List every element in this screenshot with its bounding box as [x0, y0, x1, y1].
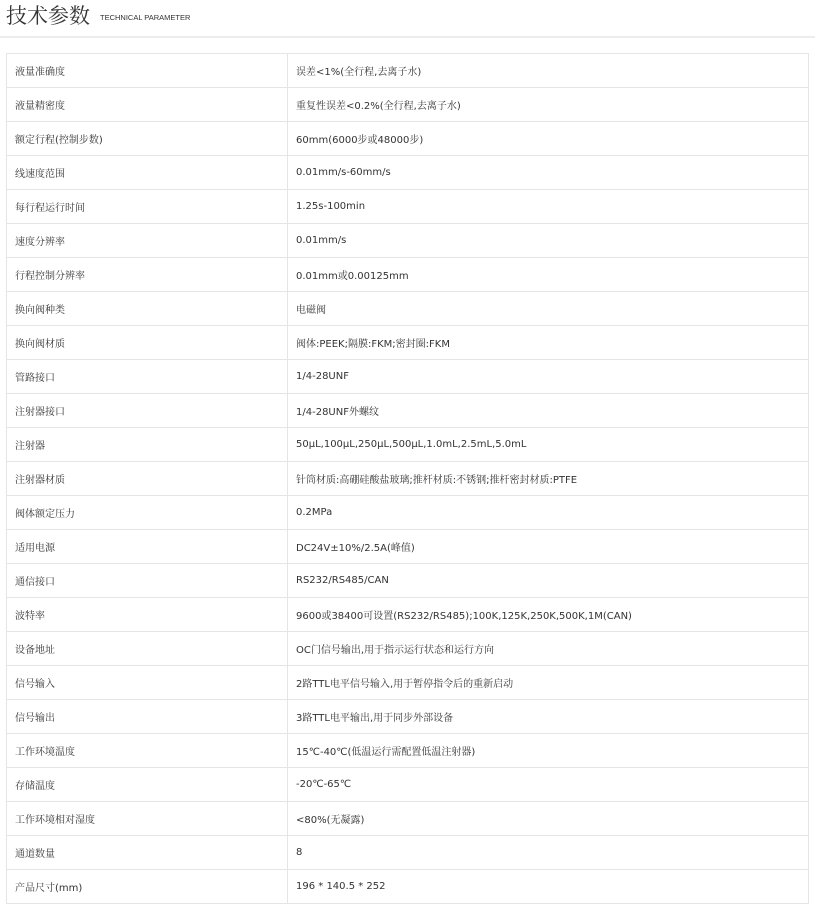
spec-label: 换向阀种类	[7, 292, 288, 326]
spec-label: 产品尺寸(mm)	[7, 870, 288, 904]
spec-label: 注射器	[7, 428, 288, 462]
table-row: 存储温度-20℃-65℃	[7, 768, 809, 802]
spec-label: 每行程运行时间	[7, 190, 288, 224]
spec-label: 液量精密度	[7, 88, 288, 122]
table-row: 行程控制分辨率0.01mm或0.00125mm	[7, 258, 809, 292]
spec-value: OC门信号输出,用于指示运行状态和运行方向	[288, 632, 809, 666]
spec-label: 管路接口	[7, 360, 288, 394]
spec-value: 针筒材质:高硼硅酸盐玻璃;推杆材质:不锈钢;推杆密封材质:PTFE	[288, 462, 809, 496]
spec-value: 0.2MPa	[288, 496, 809, 530]
spec-label: 通信接口	[7, 564, 288, 598]
table-row: 换向阀材质阀体:PEEK;隔膜:FKM;密封圈:FKM	[7, 326, 809, 360]
spec-value: 2路TTL电平信号输入,用于暂停指令后的重新启动	[288, 666, 809, 700]
table-row: 工作环境相对湿度<80%(无凝露)	[7, 802, 809, 836]
spec-label: 信号输入	[7, 666, 288, 700]
spec-label: 注射器接口	[7, 394, 288, 428]
spec-label: 通道数量	[7, 836, 288, 870]
table-row: 设备地址OC门信号输出,用于指示运行状态和运行方向	[7, 632, 809, 666]
spec-label: 速度分辨率	[7, 224, 288, 258]
spec-label: 额定行程(控制步数)	[7, 122, 288, 156]
spec-value: 0.01mm/s-60mm/s	[288, 156, 809, 190]
spec-value: 误差<1%(全行程,去离子水)	[288, 54, 809, 88]
spec-value: 9600或38400可设置(RS232/RS485);100K,125K,250…	[288, 598, 809, 632]
spec-value: 3路TTL电平输出,用于同步外部设备	[288, 700, 809, 734]
table-row: 液量准确度误差<1%(全行程,去离子水)	[7, 54, 809, 88]
table-row: 速度分辨率0.01mm/s	[7, 224, 809, 258]
table-row: 注射器接口1/4-28UNF外螺纹	[7, 394, 809, 428]
table-row: 波特率9600或38400可设置(RS232/RS485);100K,125K,…	[7, 598, 809, 632]
table-row: 注射器50μL,100μL,250μL,500μL,1.0mL,2.5mL,5.…	[7, 428, 809, 462]
spec-value: -20℃-65℃	[288, 768, 809, 802]
spec-value: <80%(无凝露)	[288, 802, 809, 836]
table-row: 额定行程(控制步数)60mm(6000步或48000步)	[7, 122, 809, 156]
spec-label: 线速度范围	[7, 156, 288, 190]
spec-value: 50μL,100μL,250μL,500μL,1.0mL,2.5mL,5.0mL	[288, 428, 809, 462]
table-row: 每行程运行时间1.25s-100min	[7, 190, 809, 224]
spec-label: 设备地址	[7, 632, 288, 666]
section-header: 技术参数 TECHNICAL PARAMETER	[0, 0, 815, 38]
table-row: 管路接口1/4-28UNF	[7, 360, 809, 394]
spec-value: 0.01mm/s	[288, 224, 809, 258]
spec-value: 1/4-28UNF	[288, 360, 809, 394]
spec-value: 0.01mm或0.00125mm	[288, 258, 809, 292]
spec-label: 阀体额定压力	[7, 496, 288, 530]
spec-value: DC24V±10%/2.5A(峰值)	[288, 530, 809, 564]
table-row: 通信接口RS232/RS485/CAN	[7, 564, 809, 598]
spec-table: 液量准确度误差<1%(全行程,去离子水) 液量精密度重复性误差<0.2%(全行程…	[6, 53, 809, 904]
table-row: 产品尺寸(mm)196 * 140.5 * 252	[7, 870, 809, 904]
spec-value: 8	[288, 836, 809, 870]
spec-value: 1/4-28UNF外螺纹	[288, 394, 809, 428]
table-row: 适用电源DC24V±10%/2.5A(峰值)	[7, 530, 809, 564]
spec-value: 重复性误差<0.2%(全行程,去离子水)	[288, 88, 809, 122]
spec-value: 电磁阀	[288, 292, 809, 326]
spec-label: 适用电源	[7, 530, 288, 564]
table-row: 换向阀种类电磁阀	[7, 292, 809, 326]
table-row: 信号输出3路TTL电平输出,用于同步外部设备	[7, 700, 809, 734]
table-row: 液量精密度重复性误差<0.2%(全行程,去离子水)	[7, 88, 809, 122]
spec-value: RS232/RS485/CAN	[288, 564, 809, 598]
table-row: 工作环境温度15℃-40℃(低温运行需配置低温注射器)	[7, 734, 809, 768]
table-row: 注射器材质针筒材质:高硼硅酸盐玻璃;推杆材质:不锈钢;推杆密封材质:PTFE	[7, 462, 809, 496]
page-title: 技术参数	[6, 2, 90, 30]
spec-value: 196 * 140.5 * 252	[288, 870, 809, 904]
spec-value: 阀体:PEEK;隔膜:FKM;密封圈:FKM	[288, 326, 809, 360]
spec-label: 波特率	[7, 598, 288, 632]
spec-label: 注射器材质	[7, 462, 288, 496]
page-subtitle: TECHNICAL PARAMETER	[100, 13, 190, 23]
spec-label: 换向阀材质	[7, 326, 288, 360]
spec-value: 15℃-40℃(低温运行需配置低温注射器)	[288, 734, 809, 768]
spec-label: 信号输出	[7, 700, 288, 734]
spec-label: 液量准确度	[7, 54, 288, 88]
table-row: 线速度范围0.01mm/s-60mm/s	[7, 156, 809, 190]
table-row: 信号输入2路TTL电平信号输入,用于暂停指令后的重新启动	[7, 666, 809, 700]
table-row: 阀体额定压力0.2MPa	[7, 496, 809, 530]
spec-label: 存储温度	[7, 768, 288, 802]
spec-label: 行程控制分辨率	[7, 258, 288, 292]
spec-value: 1.25s-100min	[288, 190, 809, 224]
spec-value: 60mm(6000步或48000步)	[288, 122, 809, 156]
spec-label: 工作环境相对湿度	[7, 802, 288, 836]
table-row: 通道数量8	[7, 836, 809, 870]
spec-label: 工作环境温度	[7, 734, 288, 768]
